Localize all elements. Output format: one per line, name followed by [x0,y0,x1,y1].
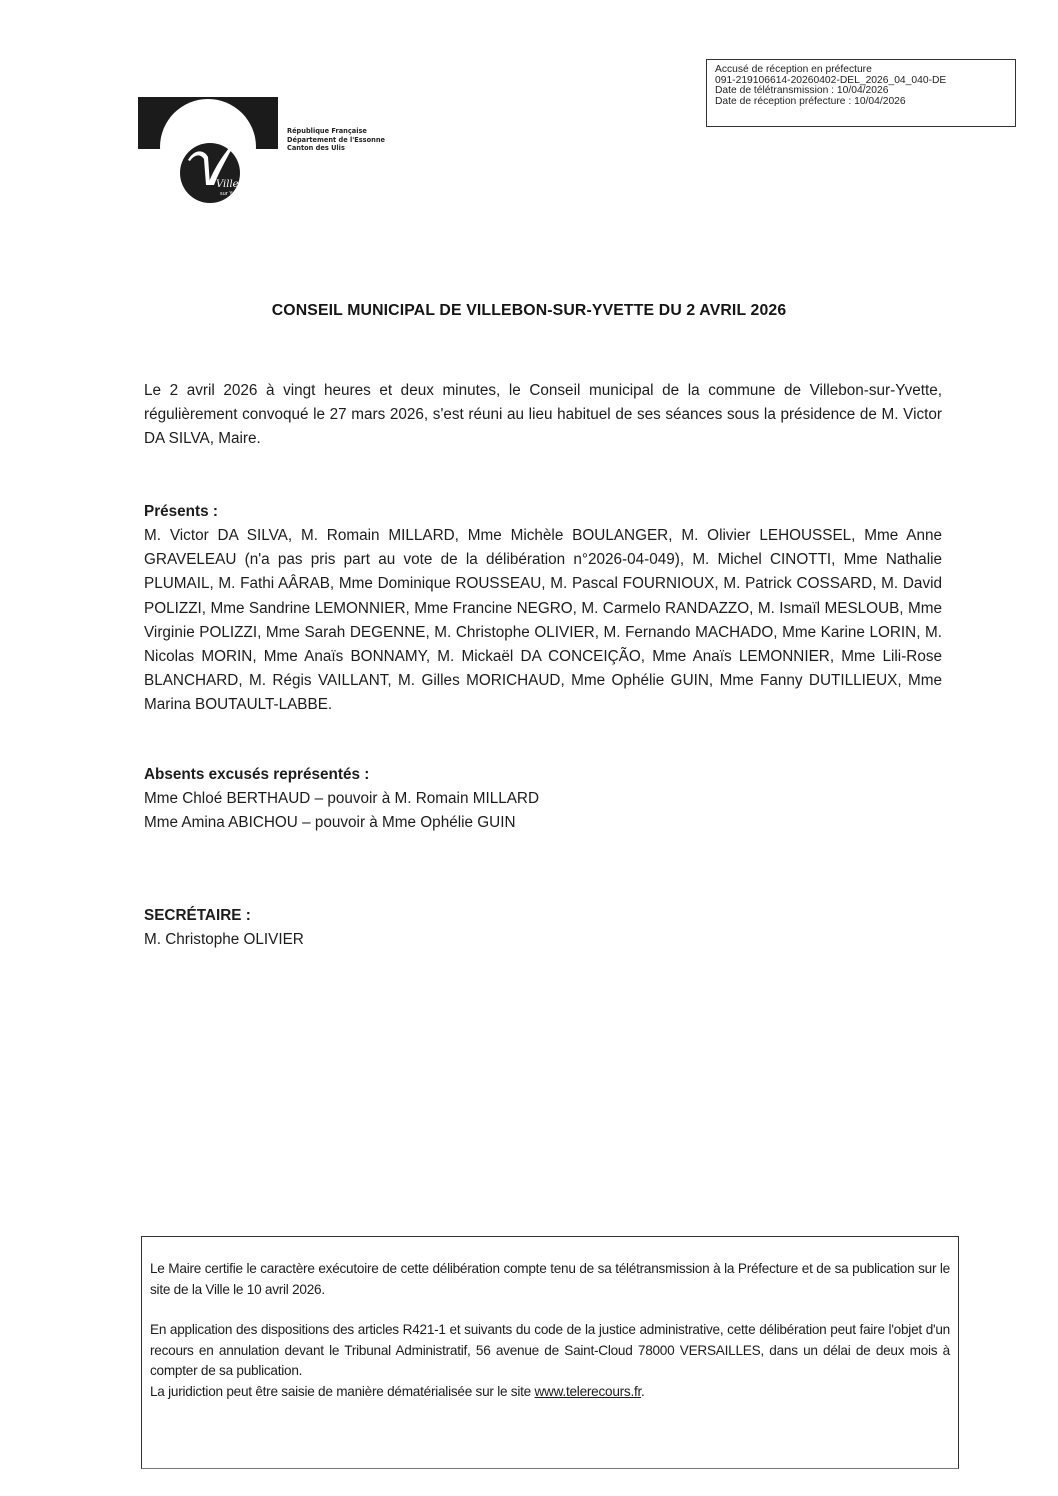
absents-heading: Absents excusés représentés : [144,763,942,787]
telerecours-link[interactable]: www.telerecours.fr [534,1384,641,1399]
villebon-logo: Villebon sur Yvette [138,97,278,205]
recourse-paragraph: En application des dispositions des arti… [150,1320,950,1382]
stamp-line: Date de télétransmission : 10/04/2026 [715,86,1007,97]
presents-heading: Présents : [144,500,942,524]
document-title: CONSEIL MUNICIPAL DE VILLEBON-SUR-YVETTE… [0,302,1058,320]
villebon-swan-icon: Villebon sur Yvette [138,97,278,205]
header-line: Département de l'Essonne [287,136,385,145]
secretary-name: M. Christophe OLIVIER [144,928,942,952]
absents-list: Mme Chloé BERTHAUD – pouvoir à M. Romain… [144,787,942,835]
online-recourse-line: La juridiction peut être saisie de maniè… [150,1382,950,1403]
secretary-heading: SECRÉTAIRE : [144,904,942,928]
online-recourse-text: La juridiction peut être saisie de maniè… [150,1384,534,1399]
header-line: République Française [287,127,385,136]
certification-paragraph: Le Maire certifie le caractère exécutoir… [150,1259,950,1300]
intro-paragraph: Le 2 avril 2026 à vingt heures et deux m… [144,379,942,452]
absent-item: Mme Amina ABICHOU – pouvoir à Mme Ophéli… [144,811,942,835]
svg-text:Villebon: Villebon [216,179,257,190]
header-line: Canton des Ulis [287,144,385,153]
online-recourse-suffix: . [641,1384,645,1399]
administrative-header: République Française Département de l'Es… [287,127,385,153]
presents-list: M. Victor DA SILVA, M. Romain MILLARD, M… [144,524,942,718]
svg-text:sur Yvette: sur Yvette [220,191,246,197]
legal-notice-box: Le Maire certifie le caractère exécutoir… [141,1236,959,1469]
stamp-line: Date de réception préfecture : 10/04/202… [715,97,1007,108]
prefecture-receipt-stamp: Accusé de réception en préfecture 091-21… [706,59,1016,127]
absent-item: Mme Chloé BERTHAUD – pouvoir à M. Romain… [144,787,942,811]
stamp-line: Accusé de réception en préfecture [715,65,1007,76]
